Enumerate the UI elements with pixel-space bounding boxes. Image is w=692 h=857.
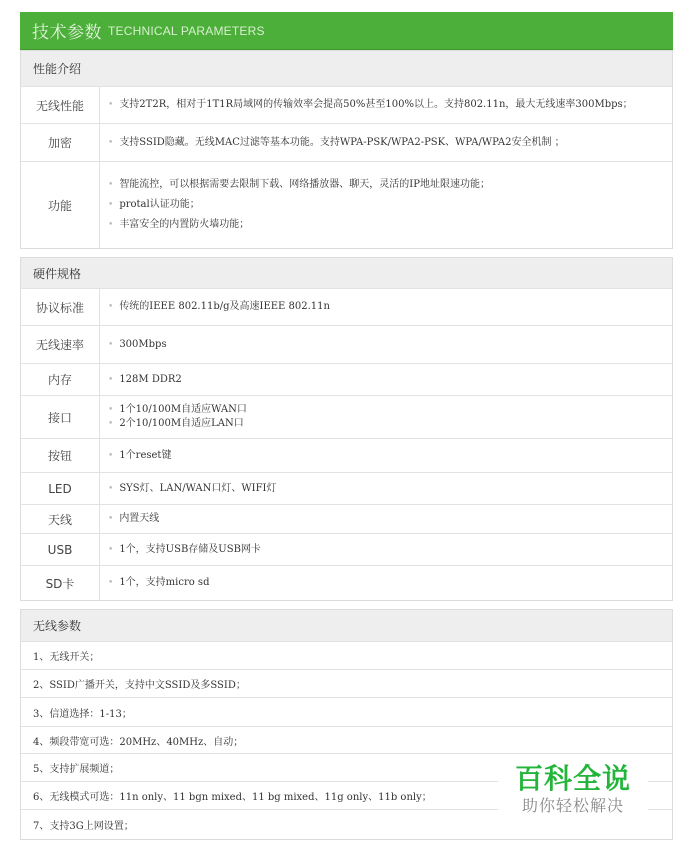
bullet-icon: •: [108, 403, 113, 417]
value-text: protal认证功能；: [119, 195, 199, 215]
table-row: 功能 •智能流控，可以根据需要去限制下载、网络播放器、聊天，灵活的IP地址限速功…: [21, 162, 672, 248]
bullet-icon: •: [108, 482, 113, 496]
row-value: •传统的IEEE 802.11b/g及高速IEEE 802.11n: [100, 289, 672, 325]
table-row: 加密 •支持SSID隐藏。无线MAC过滤等基本功能。支持WPA-PSK/WPA2…: [21, 124, 672, 162]
row-value: •300Mbps: [100, 326, 672, 363]
bullet-icon: •: [108, 576, 113, 590]
page-title: 技术参数: [32, 18, 102, 43]
tech-params-page: 技术参数 TECHNICAL PARAMETERS 性能介绍 无线性能 •支持2…: [20, 12, 673, 840]
table-row: 按钮 •1个reset键: [21, 439, 672, 473]
value-text: 128M DDR2: [119, 373, 181, 387]
section-performance: 性能介绍 无线性能 •支持2T2R，相对于1T1R局域网的传输效率会提高50%甚…: [20, 50, 673, 249]
section-hardware: 硬件规格 协议标准 •传统的IEEE 802.11b/g及高速IEEE 802.…: [20, 257, 673, 601]
value-text: 支持2T2R，相对于1T1R局域网的传输效率会提高50%甚至100%以上。支持8…: [119, 98, 632, 112]
row-label: 无线速率: [21, 326, 100, 363]
table-row: 协议标准 •传统的IEEE 802.11b/g及高速IEEE 802.11n: [21, 289, 672, 326]
section-title: 无线参数: [21, 610, 672, 642]
table-row: USB •1个，支持USB存储及USB网卡: [21, 534, 672, 566]
bullet-icon: •: [108, 300, 113, 314]
table-row: LED •SYS灯、LAN/WAN口灯、WIFI灯: [21, 473, 672, 505]
row-value: •SYS灯、LAN/WAN口灯、WIFI灯: [100, 473, 672, 504]
value-text: 1个10/100M自适应WAN口: [119, 403, 247, 417]
row-value: •1个，支持micro sd: [100, 566, 672, 600]
row-value: •1个reset键: [100, 439, 672, 472]
bullet-icon: •: [108, 373, 113, 387]
bullet-icon: •: [108, 98, 113, 112]
value-text: 300Mbps: [119, 338, 166, 352]
bullet-icon: •: [108, 195, 113, 215]
row-label: 协议标准: [21, 289, 100, 325]
row-label: SD卡: [21, 566, 100, 600]
row-value: •1个10/100M自适应WAN口 •2个10/100M自适应LAN口: [100, 396, 672, 438]
section-title: 硬件规格: [21, 258, 672, 289]
bullet-icon: •: [108, 338, 113, 352]
row-label: 内存: [21, 364, 100, 395]
value-text: 2个10/100M自适应LAN口: [119, 417, 243, 431]
value-text: 1个reset键: [119, 449, 171, 463]
row-label: 天线: [21, 505, 100, 533]
row-value: •支持2T2R，相对于1T1R局域网的传输效率会提高50%甚至100%以上。支持…: [100, 87, 672, 123]
value-text: SYS灯、LAN/WAN口灯、WIFI灯: [119, 482, 276, 496]
section-title: 性能介绍: [21, 51, 672, 87]
watermark-logo: 百科全说 助你轻松解决: [498, 757, 648, 821]
row-label: 功能: [21, 162, 100, 248]
list-item: 1、无线开关；: [21, 642, 672, 670]
bullet-icon: •: [108, 543, 113, 557]
table-row: 内存 •128M DDR2: [21, 364, 672, 396]
value-text: 丰富安全的内置防火墙功能；: [119, 215, 249, 235]
row-value: •智能流控，可以根据需要去限制下载、网络播放器、聊天，灵活的IP地址限速功能； …: [100, 162, 672, 248]
watermark-title: 百科全说: [498, 763, 648, 795]
row-value: •1个，支持USB存储及USB网卡: [100, 534, 672, 565]
row-label: 无线性能: [21, 87, 100, 123]
row-label: 接口: [21, 396, 100, 438]
bullet-icon: •: [108, 215, 113, 235]
watermark-slogan: 助你轻松解决: [498, 795, 648, 817]
list-item: 4、频段带宽可选：20MHz、40MHz、自动；: [21, 727, 672, 754]
value-text: 1个，支持micro sd: [119, 576, 209, 590]
bullet-icon: •: [108, 417, 113, 431]
list-item: 2、SSID广播开关，支持中文SSID及多SSID；: [21, 670, 672, 698]
value-text: 传统的IEEE 802.11b/g及高速IEEE 802.11n: [119, 300, 330, 314]
table-row: SD卡 •1个，支持micro sd: [21, 566, 672, 600]
row-value: •支持SSID隐藏。无线MAC过滤等基本功能。支持WPA-PSK/WPA2-PS…: [100, 124, 672, 161]
row-label: 加密: [21, 124, 100, 161]
table-row: 接口 •1个10/100M自适应WAN口 •2个10/100M自适应LAN口: [21, 396, 672, 439]
row-label: 按钮: [21, 439, 100, 472]
bullet-icon: •: [108, 136, 113, 150]
value-text: 内置天线: [119, 512, 159, 526]
title-bar: 技术参数 TECHNICAL PARAMETERS: [20, 12, 673, 50]
row-label: LED: [21, 473, 100, 504]
value-text: 智能流控，可以根据需要去限制下载、网络播放器、聊天，灵活的IP地址限速功能；: [119, 175, 490, 195]
table-row: 无线速率 •300Mbps: [21, 326, 672, 364]
bullet-icon: •: [108, 512, 113, 526]
value-text: 支持SSID隐藏。无线MAC过滤等基本功能。支持WPA-PSK/WPA2-PSK…: [119, 136, 564, 150]
page-subtitle: TECHNICAL PARAMETERS: [108, 24, 265, 38]
table-row: 天线 •内置天线: [21, 505, 672, 534]
value-text: 1个，支持USB存储及USB网卡: [119, 543, 261, 557]
table-row: 无线性能 •支持2T2R，相对于1T1R局域网的传输效率会提高50%甚至100%…: [21, 87, 672, 124]
bullet-icon: •: [108, 175, 113, 195]
row-value: •内置天线: [100, 505, 672, 533]
bullet-icon: •: [108, 449, 113, 463]
row-label: USB: [21, 534, 100, 565]
row-value: •128M DDR2: [100, 364, 672, 395]
list-item: 3、信道选择：1-13；: [21, 698, 672, 727]
